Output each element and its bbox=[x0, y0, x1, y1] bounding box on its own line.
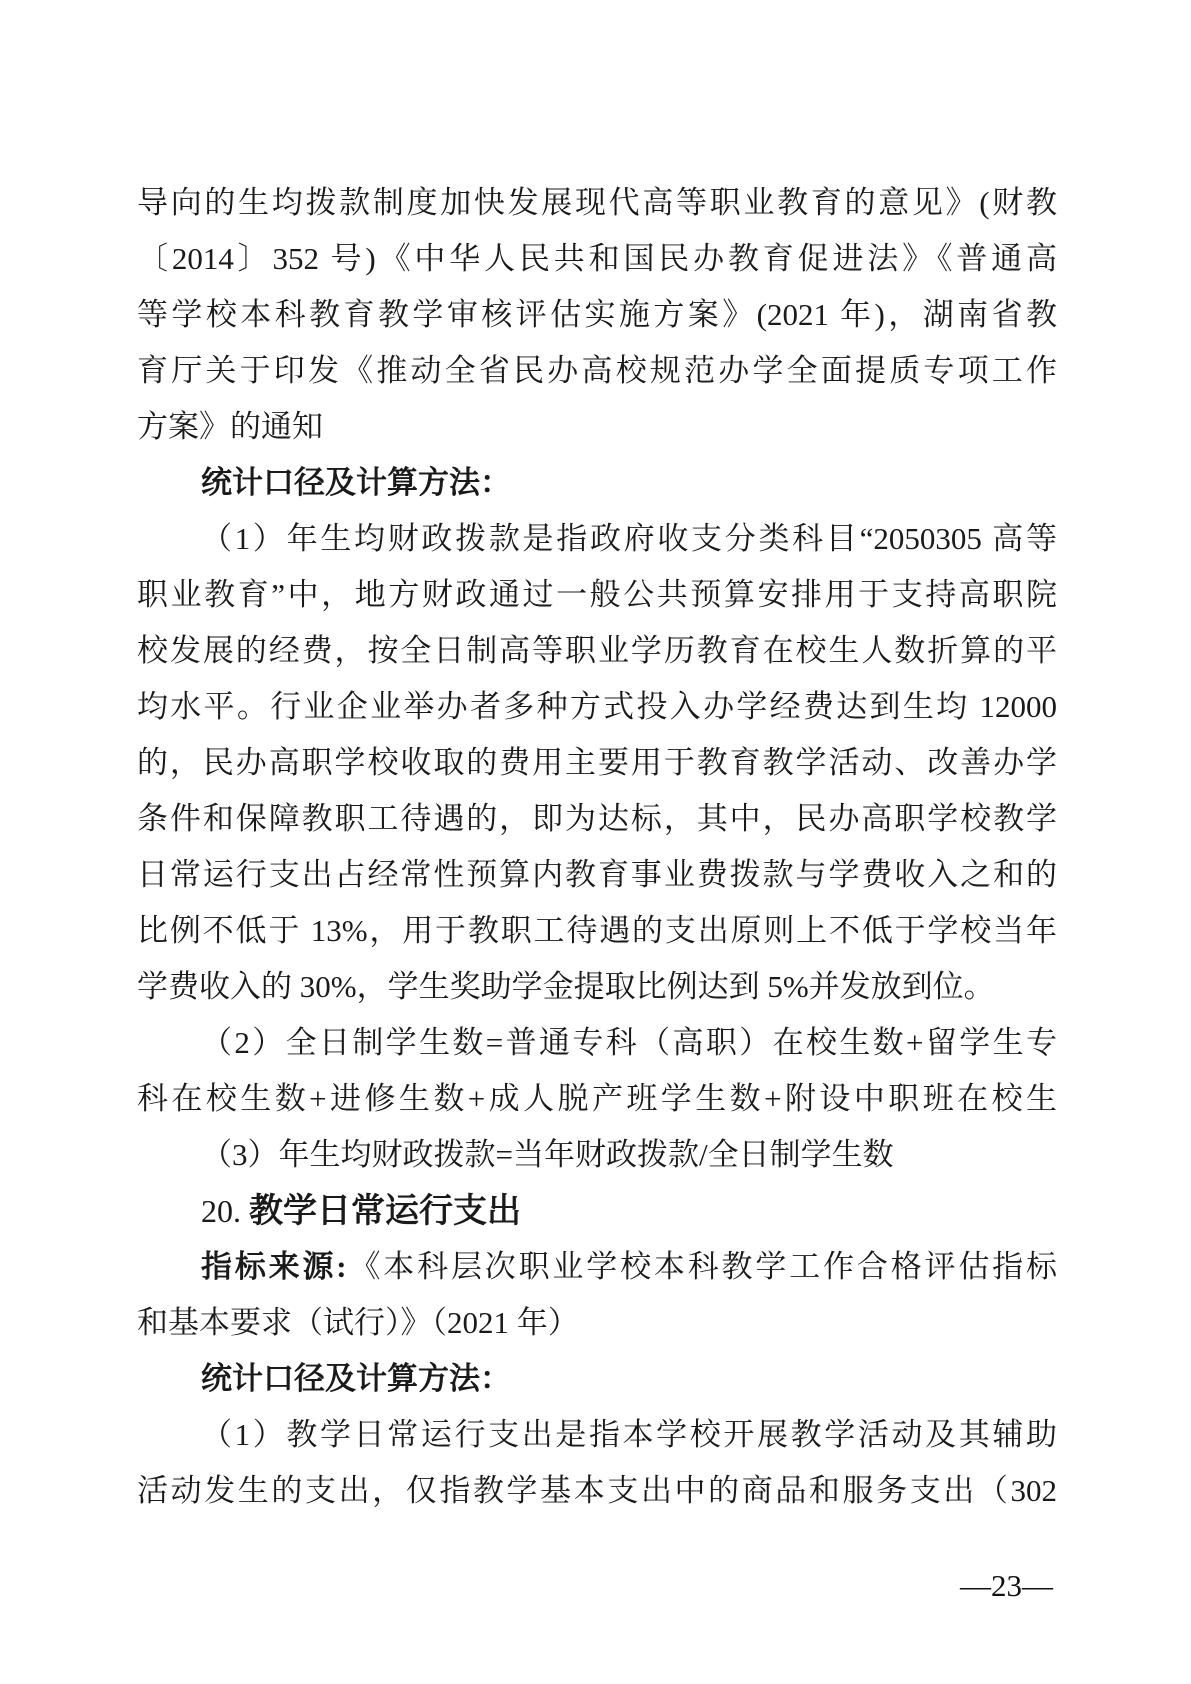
text-segment-body: 日常运行支出占经常性预算内教育事业费拨款与学费收入之和的 bbox=[137, 857, 1057, 892]
text-line: 均水平。行业企业举办者多种方式投入办学经费达到生均 12000 bbox=[137, 679, 1057, 735]
text-segment-body: （1）年生均财政拨款是指政府收支分类科目“2050305 高等 bbox=[201, 521, 1057, 556]
text-segment-body: 导向的生均拨款制度加快发展现代高等职业教育的意见》(财教 bbox=[137, 185, 1057, 220]
text-segment-body: 比例不低于 13%，用于教职工待遇的支出原则上不低于学校当年 bbox=[137, 913, 1057, 948]
text-segment-body: 条件和保障教职工待遇的，即为达标，其中，民办高职学校教学 bbox=[137, 801, 1057, 836]
text-segment-body: 等学校本科教育教学审核评估实施方案》(2021 年)，湖南省教 bbox=[137, 297, 1057, 332]
text-segment-body: （3）年生均财政拨款=当年财政拨款/全日制学生数 bbox=[201, 1137, 894, 1172]
text-segment-body: 校发展的经费，按全日制高等职业学历教育在校生人数折算的平 bbox=[137, 633, 1057, 668]
text-line: 校发展的经费，按全日制高等职业学历教育在校生人数折算的平 bbox=[137, 623, 1057, 679]
text-segment-body: 《本科层次职业学校本科教学工作合格评估指标 bbox=[347, 1249, 1057, 1284]
text-line: 等学校本科教育教学审核评估实施方案》(2021 年)，湖南省教 bbox=[137, 287, 1057, 343]
text-line: 指标来源:《本科层次职业学校本科教学工作合格评估指标 bbox=[137, 1239, 1057, 1295]
text-line: 活动发生的支出，仅指教学基本支出中的商品和服务支出（302 bbox=[137, 1463, 1057, 1519]
text-segment-body: 育厅关于印发《推动全省民办高校规范办学全面提质专项工作 bbox=[137, 353, 1057, 388]
text-segment-body: 均水平。行业企业举办者多种方式投入办学经费达到生均 12000 bbox=[137, 689, 1057, 724]
text-line: 〔2014〕352 号)《中华人民共和国民办教育促进法》《普通高 bbox=[137, 231, 1057, 287]
text-line: 日常运行支出占经常性预算内教育事业费拨款与学费收入之和的 bbox=[137, 847, 1057, 903]
text-line: 学费收入的 30%，学生奖助学金提取比例达到 5%并发放到位。 bbox=[137, 959, 1057, 1015]
text-segment-body: 学费收入的 30%，学生奖助学金提取比例达到 5%并发放到位。 bbox=[137, 969, 995, 1004]
text-line: 比例不低于 13%，用于教职工待遇的支出原则上不低于学校当年 bbox=[137, 903, 1057, 959]
text-line: 方案》的通知 bbox=[137, 399, 1057, 455]
text-line: （3）年生均财政拨款=当年财政拨款/全日制学生数 bbox=[137, 1127, 1057, 1183]
text-segment-body: 活动发生的支出，仅指教学基本支出中的商品和服务支出（302 bbox=[137, 1473, 1057, 1508]
text-line: （1）教学日常运行支出是指本学校开展教学活动及其辅助 bbox=[137, 1407, 1057, 1463]
text-line: 育厅关于印发《推动全省民办高校规范办学全面提质专项工作 bbox=[137, 343, 1057, 399]
text-line: 导向的生均拨款制度加快发展现代高等职业教育的意见》(财教 bbox=[137, 175, 1057, 231]
text-line: 职业教育”中，地方财政通过一般公共预算安排用于支持高职院 bbox=[137, 567, 1057, 623]
text-line: 统计口径及计算方法： bbox=[137, 455, 1057, 511]
text-segment-body: 和基本要求（试行）》（2021 年） bbox=[137, 1305, 579, 1340]
text-segment-body: 的，民办高职学校收取的费用主要用于教育教学活动、改善办学 bbox=[137, 745, 1057, 780]
text-segment-body: （2）全日制学生数=普通专科（高职）在校生数+留学生专 bbox=[201, 1025, 1057, 1060]
text-line: （1）年生均财政拨款是指政府收支分类科目“2050305 高等 bbox=[137, 511, 1057, 567]
text-segment-heading: 教学日常运行支出 bbox=[249, 1192, 521, 1230]
text-line: 的，民办高职学校收取的费用主要用于教育教学活动、改善办学 bbox=[137, 735, 1057, 791]
text-segment-body: 科在校生数+进修生数+成人脱产班学生数+附设中职班在校生 bbox=[137, 1081, 1057, 1116]
text-segment-kai: 统计口径及计算方法： bbox=[201, 465, 511, 500]
text-segment-body: （1）教学日常运行支出是指本学校开展教学活动及其辅助 bbox=[201, 1417, 1057, 1452]
text-segment-body: 职业教育”中，地方财政通过一般公共预算安排用于支持高职院 bbox=[137, 577, 1057, 612]
text-segment-kai: 统计口径及计算方法： bbox=[201, 1361, 511, 1396]
text-line: 条件和保障教职工待遇的，即为达标，其中，民办高职学校教学 bbox=[137, 791, 1057, 847]
document-body: 导向的生均拨款制度加快发展现代高等职业教育的意见》(财教〔2014〕352 号)… bbox=[137, 175, 1057, 1519]
text-segment-kai: 指标来源: bbox=[201, 1249, 347, 1284]
text-segment-num: 20. bbox=[201, 1193, 249, 1229]
page-number: —23— bbox=[960, 1566, 1053, 1606]
text-line: 和基本要求（试行）》（2021 年） bbox=[137, 1295, 1057, 1351]
text-segment-body: 方案》的通知 bbox=[137, 409, 323, 444]
text-line: 20. 教学日常运行支出 bbox=[137, 1183, 1057, 1239]
text-line: 统计口径及计算方法： bbox=[137, 1351, 1057, 1407]
text-line: （2）全日制学生数=普通专科（高职）在校生数+留学生专 bbox=[137, 1015, 1057, 1071]
text-segment-body: 〔2014〕352 号)《中华人民共和国民办教育促进法》《普通高 bbox=[137, 241, 1057, 276]
document-page: 导向的生均拨款制度加快发展现代高等职业教育的意见》(财教〔2014〕352 号)… bbox=[0, 0, 1191, 1684]
text-line: 科在校生数+进修生数+成人脱产班学生数+附设中职班在校生 bbox=[137, 1071, 1057, 1127]
